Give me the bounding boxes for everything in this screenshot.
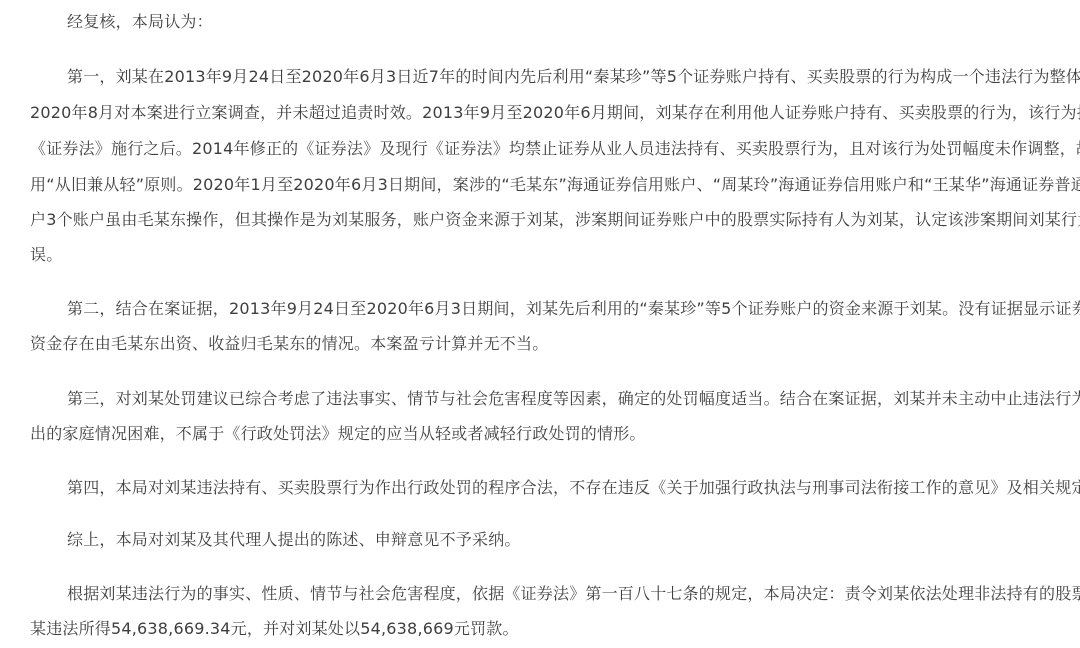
paragraph-line: 第一，刘某在2013年9月24日至2020年6月3日近7年的时间内先后利用“秦某… [67, 67, 1080, 87]
paragraph-line: 误。 [30, 245, 62, 265]
paragraph-line: 用“从旧兼从轻”原则。2020年1月至2020年6月3日期间，案涉的“毛某东”海… [30, 175, 1080, 195]
paragraph-line: 出的家庭情况困难，不属于《行政处罚法》规定的应当从轻或者减轻行政处罚的情形。 [30, 424, 646, 444]
intro-line: 经复核，本局认为： [67, 12, 213, 32]
paragraph-line: 《证券法》施行之后。2014年修正的《证券法》及现行《证券法》均禁止证券从业人员… [30, 139, 1080, 159]
paragraph-line: 第二，结合在案证据，2013年9月24日至2020年6月3日期间，刘某先后利用的… [67, 299, 1080, 319]
paragraph-line: 第四，本局对刘某违法持有、买卖股票行为作出行政处罚的程序合法，不存在违反《关于加… [67, 478, 1080, 498]
paragraph-line: 2020年8月对本案进行立案调查，并未超过追责时效。2013年9月至2020年6… [30, 103, 1080, 123]
paragraph-line: 第三，对刘某处罚建议已综合考虑了违法事实、情节与社会危害程度等因素，确定的处罚幅… [67, 389, 1080, 409]
paragraph-line: 户3个账户虽由毛某东操作，但其操作是为刘某服务，账户资金来源于刘某，涉案期间证券… [30, 210, 1080, 230]
paragraph-line: 综上，本局对刘某及其代理人提出的陈述、申辩意见不予采纳。 [67, 530, 521, 550]
paragraph-line: 资金存在由毛某东出资、收益归毛某东的情况。本案盈亏计算并无不当。 [30, 334, 548, 354]
paragraph-line: 某违法所得54,638,669.34元，并对刘某处以54,638,669元罚款。 [30, 619, 519, 639]
paragraph-line: 根据刘某违法行为的事实、性质、情节与社会危害程度，依据《证券法》第一百八十七条的… [67, 584, 1080, 604]
